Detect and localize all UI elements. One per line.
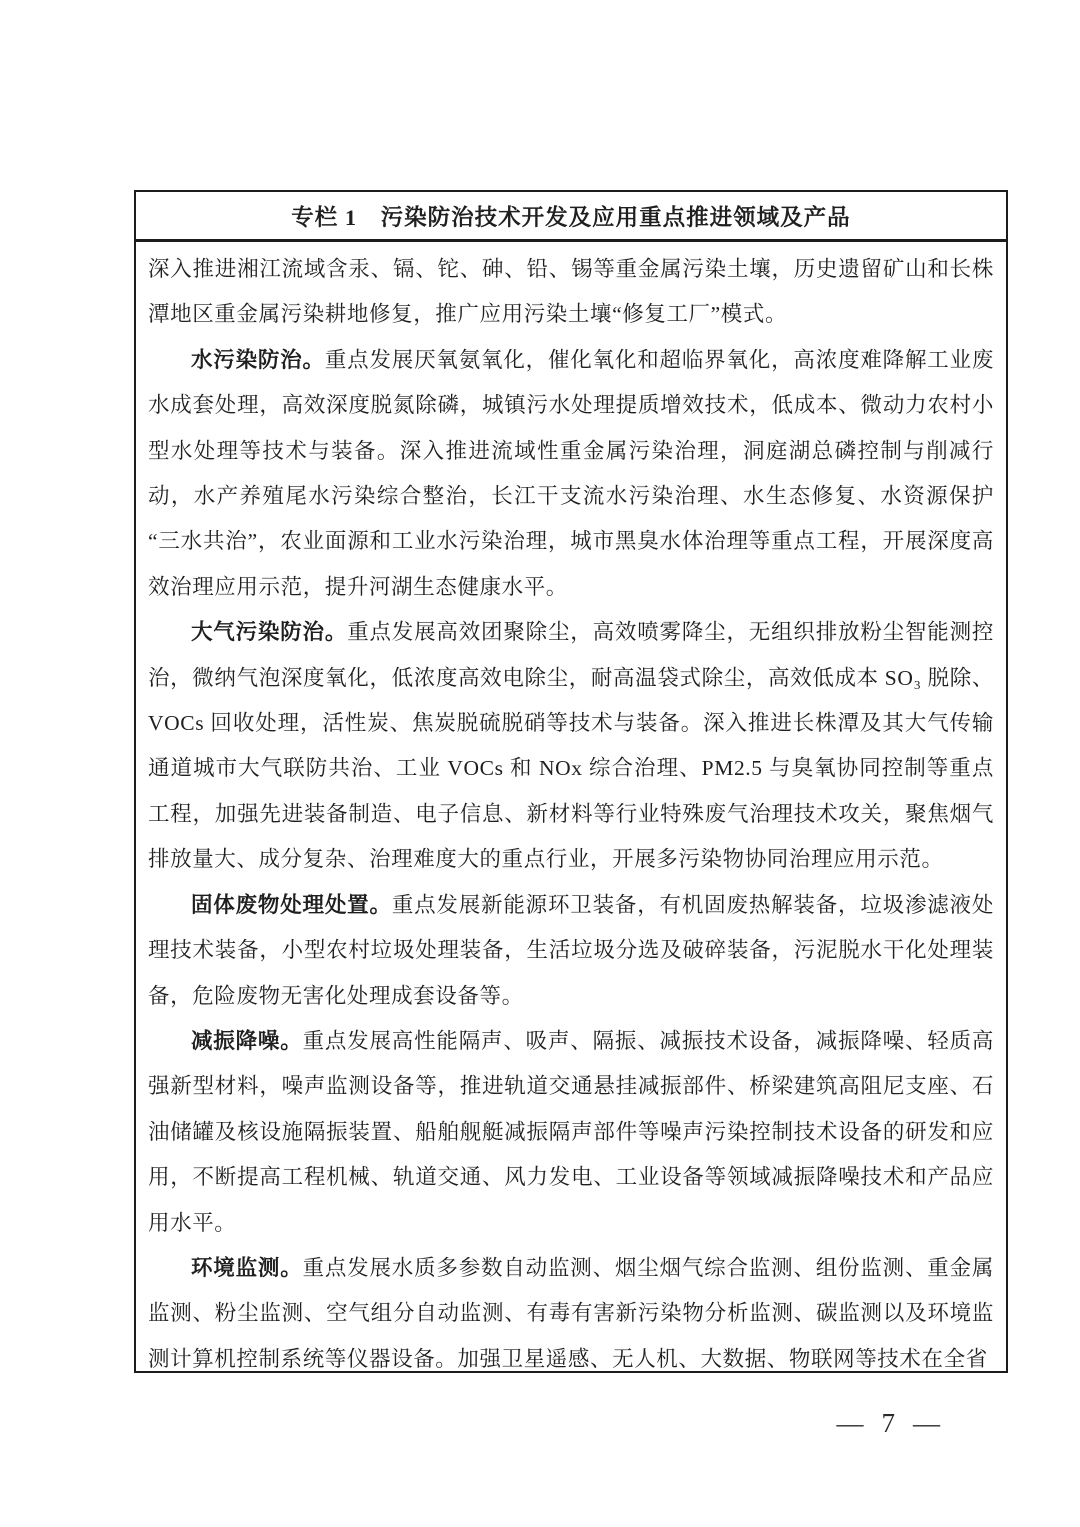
paragraph-text: 重点发展厌氧氨氧化，催化氧化和超临界氧化，高浓度难降解工业废水成套处理，高效深度… xyxy=(148,348,994,599)
paragraph-text: 重点发展高性能隔声、吸声、隔振、减振技术设备，减振降噪、轻质高强新型材料，噪声监… xyxy=(148,1029,994,1235)
footer-dash-left: — xyxy=(837,1408,864,1439)
column-body: 深入推进湘江流域含汞、镉、铊、砷、铅、锡等重金属污染土壤，历史遗留矿山和长株潭地… xyxy=(136,242,1006,1373)
paragraph-lead: 减振降噪。 xyxy=(191,1029,303,1053)
page-number: 7 xyxy=(882,1408,896,1439)
paragraph-water-pollution: 水污染防治。重点发展厌氧氨氧化，催化氧化和超临界氧化，高浓度难降解工业废水成套处… xyxy=(148,338,994,610)
page-footer: — 7 — xyxy=(837,1408,941,1439)
footer-dash-right: — xyxy=(913,1408,940,1439)
paragraph-lead: 固体废物处理处置。 xyxy=(191,893,392,917)
paragraph-solid-waste: 固体废物处理处置。重点发展新能源环卫装备，有机固废热解装备，垃圾渗滤液处理技术装… xyxy=(148,883,994,1019)
document-page: 专栏 1 污染防治技术开发及应用重点推进领域及产品 深入推进湘江流域含汞、镉、铊… xyxy=(0,0,1080,1527)
paragraph-soil-remediation: 深入推进湘江流域含汞、镉、铊、砷、铅、锡等重金属污染土壤，历史遗留矿山和长株潭地… xyxy=(148,247,994,338)
paragraph-text: 重点发展高效团聚除尘，高效喷雾降尘，无组织排放粉尘智能测控治，微纳气泡深度氧化，… xyxy=(148,620,994,871)
paragraph-vibration-noise: 减振降噪。重点发展高性能隔声、吸声、隔振、减振技术设备，减振降噪、轻质高强新型材… xyxy=(148,1019,994,1246)
paragraph-lead: 水污染防治。 xyxy=(191,348,325,372)
paragraph-environment-monitoring: 环境监测。重点发展水质多参数自动监测、烟尘烟气综合监测、组份监测、重金属监测、粉… xyxy=(148,1246,994,1373)
column-title-row: 专栏 1 污染防治技术开发及应用重点推进领域及产品 xyxy=(136,192,1006,242)
paragraph-lead: 环境监测。 xyxy=(191,1256,303,1280)
column-title: 专栏 1 污染防治技术开发及应用重点推进领域及产品 xyxy=(291,200,850,232)
paragraph-text: 深入推进湘江流域含汞、镉、铊、砷、铅、锡等重金属污染土壤，历史遗留矿山和长株潭地… xyxy=(148,257,994,326)
column-1-box: 专栏 1 污染防治技术开发及应用重点推进领域及产品 深入推进湘江流域含汞、镉、铊… xyxy=(134,190,1008,1373)
paragraph-air-pollution: 大气污染防治。重点发展高效团聚除尘，高效喷雾降尘，无组织排放粉尘智能测控治，微纳… xyxy=(148,610,994,882)
paragraph-lead: 大气污染防治。 xyxy=(191,620,347,644)
